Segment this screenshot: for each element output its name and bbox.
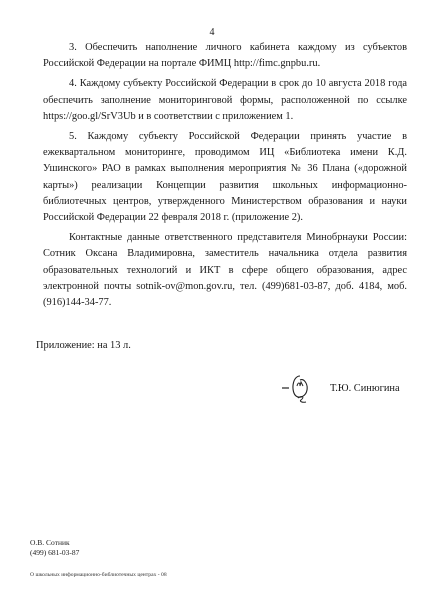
executor-phone: (499) 681-03-87 [30,548,79,558]
signature-icon [280,370,320,406]
signature-block: Т.Ю. Синюгина [280,370,420,410]
page-number: 4 [0,27,424,38]
executor-info: О.В. Сотник (499) 681-03-87 [30,538,79,558]
paragraph-item-4: 4. Каждому субъекту Российской Федерации… [43,76,407,125]
document-body: 3. Обеспечить наполнение личного кабинет… [43,40,407,315]
paragraph-item-3: 3. Обеспечить наполнение личного кабинет… [43,40,407,72]
attachment-note: Приложение: на 13 л. [36,340,131,351]
signer-name: Т.Ю. Синюгина [330,383,400,394]
paragraph-item-5: 5. Каждому субъекту Российской Федерации… [43,129,407,226]
contact-paragraph: Контактные данные ответственного предста… [43,230,407,311]
executor-name: О.В. Сотник [30,538,79,548]
footer-document-id: О школьных информационно-библиотечных це… [30,572,167,578]
